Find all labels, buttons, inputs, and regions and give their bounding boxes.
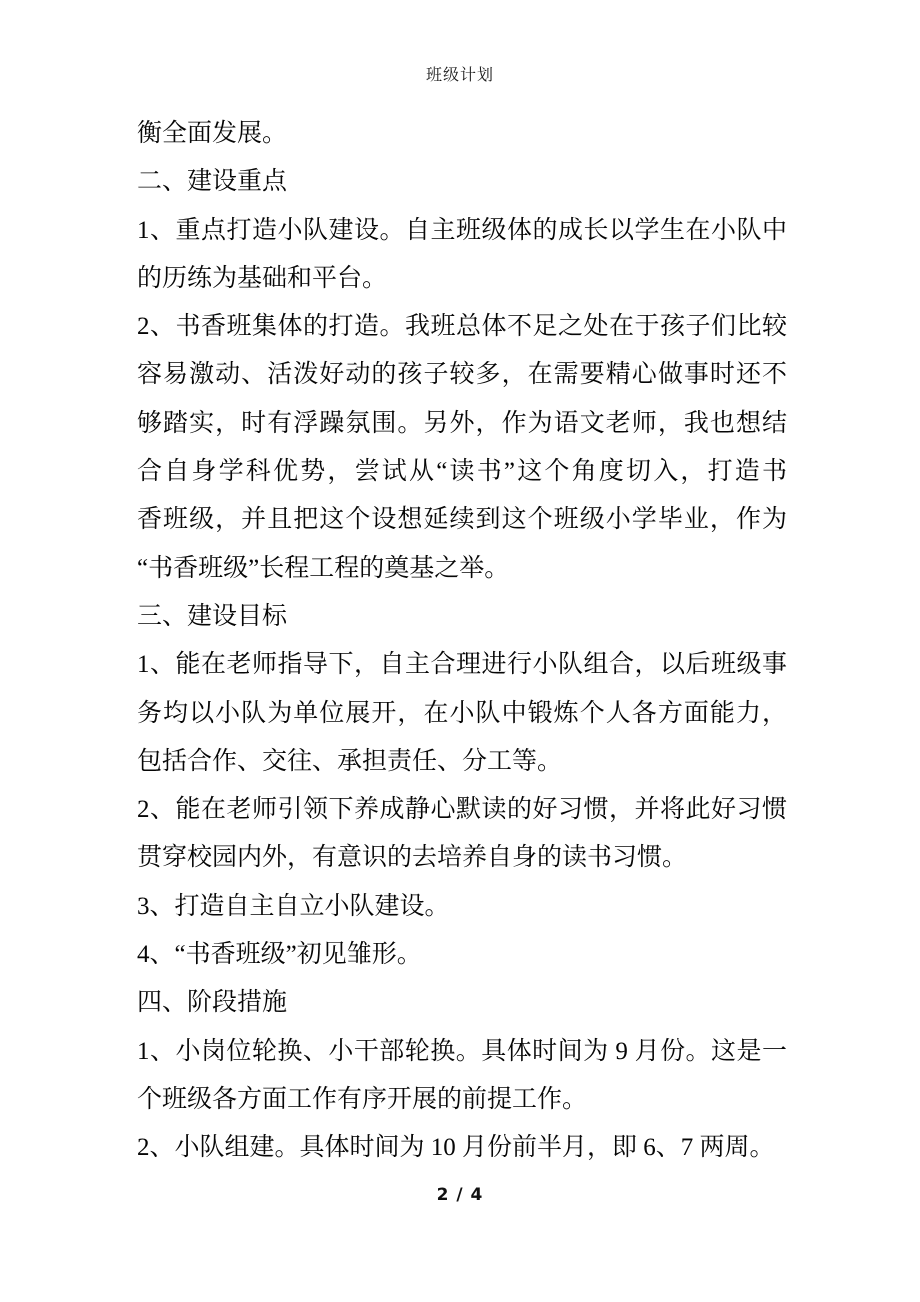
- text-line: 贯穿校园内外，有意识的去培养自身的读书习惯。: [137, 834, 787, 882]
- section-heading: 二、建设重点: [137, 158, 787, 206]
- text-line: 2、小队组建。具体时间为 10 月份前半月，即 6、7 两周。: [137, 1124, 787, 1172]
- text-line: 香班级，并且把这个设想延续到这个班级小学毕业，作为: [137, 496, 787, 544]
- text-line: 1、能在老师指导下，自主合理进行小队组合，以后班级事: [137, 641, 787, 689]
- page-header: 班级计划: [0, 62, 920, 85]
- text-line: 合自身学科优势，尝试从“读书”这个角度切入，打造书: [137, 448, 787, 496]
- header-title: 班级计划: [426, 62, 494, 85]
- text-line: 个班级各方面工作有序开展的前提工作。: [137, 1076, 787, 1124]
- page-number: 2 / 4: [437, 1185, 484, 1205]
- text-line: 1、重点打造小队建设。自主班级体的成长以学生在小队中: [137, 207, 787, 255]
- text-line: 2、能在老师引领下养成静心默读的好习惯，并将此好习惯: [137, 786, 787, 834]
- text-line: 包括合作、交往、承担责任、分工等。: [137, 738, 787, 786]
- text-line: 衡全面发展。: [137, 110, 787, 158]
- text-line: 务均以小队为单位展开，在小队中锻炼个人各方面能力，: [137, 690, 787, 738]
- text-line: 4、“书香班级”初见雏形。: [137, 931, 787, 979]
- text-line: 容易激动、活泼好动的孩子较多，在需要精心做事时还不: [137, 351, 787, 399]
- section-heading: 三、建设目标: [137, 593, 787, 641]
- document-body: 衡全面发展。 二、建设重点 1、重点打造小队建设。自主班级体的成长以学生在小队中…: [137, 110, 787, 1173]
- text-line: “书香班级”长程工程的奠基之举。: [137, 545, 787, 593]
- document-page: 班级计划 衡全面发展。 二、建设重点 1、重点打造小队建设。自主班级体的成长以学…: [0, 0, 920, 1302]
- text-line: 3、打造自主自立小队建设。: [137, 883, 787, 931]
- text-line: 的历练为基础和平台。: [137, 255, 787, 303]
- page-footer: 2 / 4: [0, 1185, 920, 1205]
- text-line: 够踏实，时有浮躁氛围。另外，作为语文老师，我也想结: [137, 400, 787, 448]
- section-heading: 四、阶段措施: [137, 979, 787, 1027]
- text-line: 1、小岗位轮换、小干部轮换。具体时间为 9 月份。这是一: [137, 1028, 787, 1076]
- text-line: 2、书香班集体的打造。我班总体不足之处在于孩子们比较: [137, 303, 787, 351]
